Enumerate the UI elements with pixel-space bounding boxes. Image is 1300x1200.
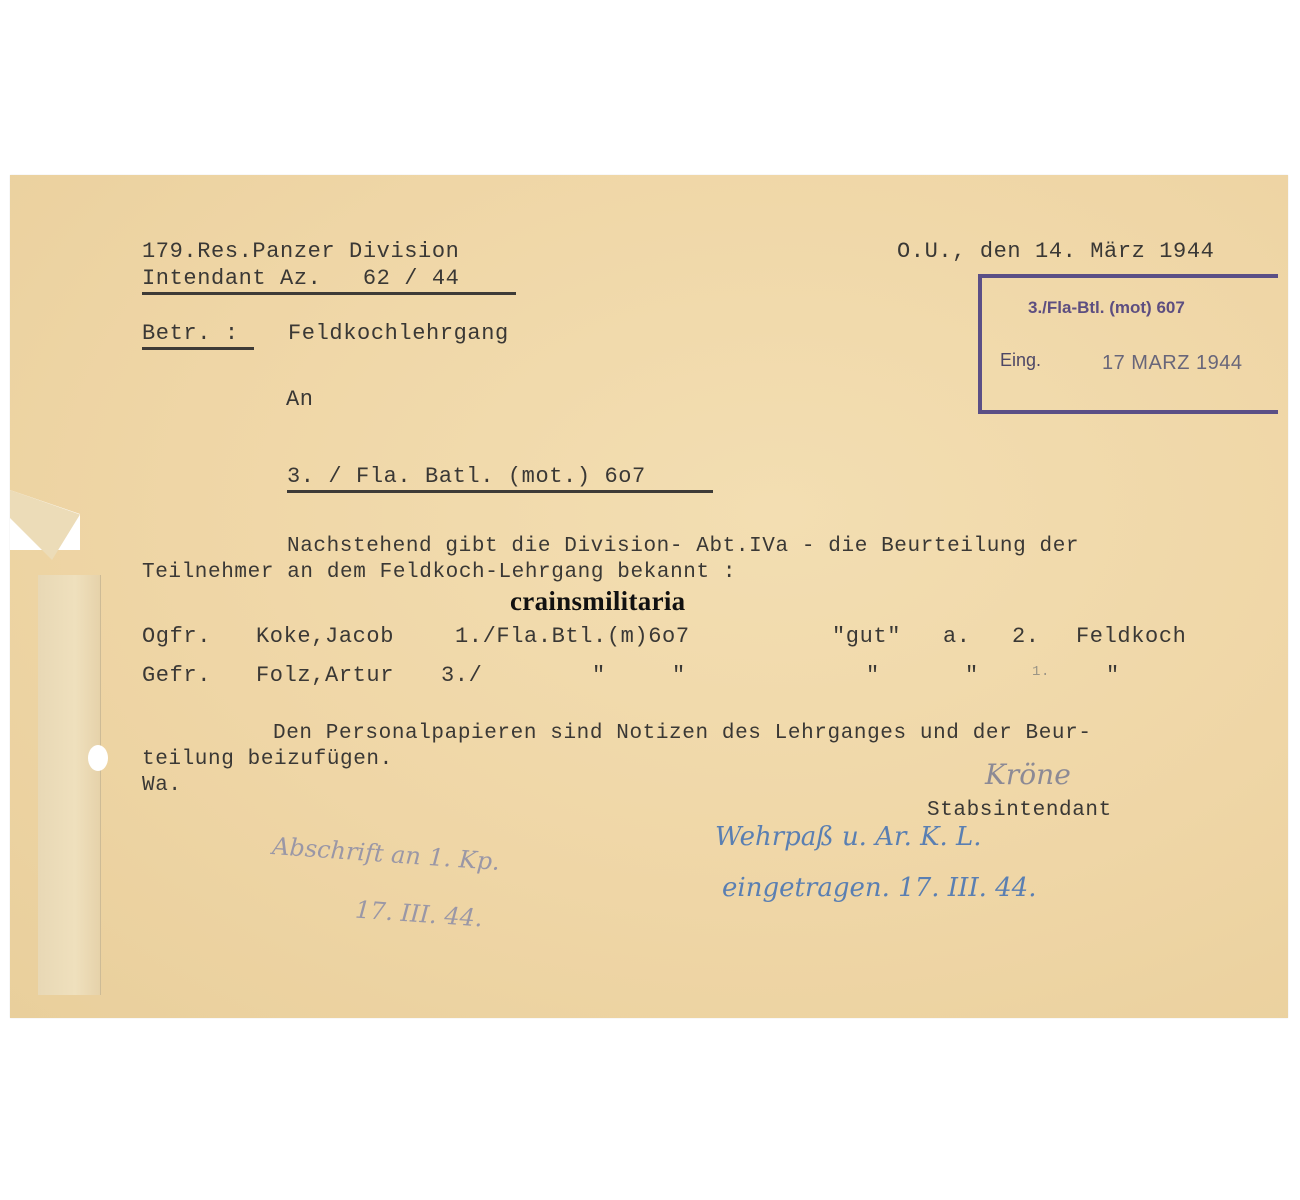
signatory-title: Stabsintendant bbox=[927, 800, 1112, 821]
punch-hole bbox=[88, 745, 108, 771]
participant-unit: 1./Fla.Btl.(m)6o7 bbox=[455, 626, 690, 648]
sender-reference: Intendant Az. 62 / 44 bbox=[142, 268, 516, 295]
body-paragraph-2-line-1: Den Personalpapieren sind Notizen des Le… bbox=[273, 723, 1092, 744]
folded-edge bbox=[38, 575, 101, 995]
participant-unit-ditto: " bbox=[592, 665, 606, 687]
participant-role: Feldkoch bbox=[1076, 626, 1186, 648]
participant-number: 2. bbox=[1012, 626, 1040, 648]
watermark: crainsmilitaria bbox=[510, 586, 685, 617]
signature: Kröne bbox=[985, 758, 1071, 791]
sender-division: 179.Res.Panzer Division bbox=[142, 241, 459, 263]
participant-name: Koke,Jacob bbox=[256, 626, 394, 648]
participant-as: a. bbox=[943, 626, 971, 648]
body-paragraph-2-line-2: teilung beizufügen. bbox=[142, 749, 393, 770]
participant-rating: " bbox=[866, 665, 880, 687]
subject-label: Betr. : bbox=[142, 323, 254, 350]
participant-as: " bbox=[965, 665, 979, 687]
place-date: O.U., den 14. März 1944 bbox=[897, 241, 1214, 263]
ink-note-line-2: eingetragen. 17. III. 44. bbox=[722, 873, 1036, 903]
typist-initials: Wa. bbox=[142, 775, 182, 796]
participant-rank: Ogfr. bbox=[142, 626, 211, 648]
participant-name: Folz,Artur bbox=[256, 665, 394, 687]
participant-rating: "gut" bbox=[832, 626, 901, 648]
participant-role: " bbox=[1106, 665, 1120, 687]
stamp-unit: 3./Fla-Btl. (mot) 607 bbox=[1028, 298, 1185, 318]
participant-number: 1. bbox=[1032, 665, 1050, 679]
participant-unit: 3./ bbox=[441, 665, 482, 687]
participant-unit-ditto: " bbox=[672, 665, 686, 687]
body-paragraph-1-line-2: Teilnehmer an dem Feldkoch-Lehrgang beka… bbox=[142, 562, 736, 583]
stamp-received-date: 17 MARZ 1944 bbox=[1102, 352, 1243, 375]
subject-value: Feldkochlehrgang bbox=[288, 323, 509, 345]
body-paragraph-1-line-1: Nachstehend gibt die Division- Abt.IVa -… bbox=[287, 536, 1079, 557]
stamp-received-label: Eing. bbox=[1000, 350, 1041, 371]
participant-rank: Gefr. bbox=[142, 665, 211, 687]
ink-note-line-1: Wehrpaß u. Ar. K. L. bbox=[715, 822, 982, 852]
recipient-prefix: An bbox=[286, 389, 314, 411]
receipt-stamp: 3./Fla-Btl. (mot) 607 Eing. 17 MARZ 1944 bbox=[978, 274, 1278, 414]
recipient-unit: 3. / Fla. Batl. (mot.) 6o7 bbox=[287, 466, 713, 493]
